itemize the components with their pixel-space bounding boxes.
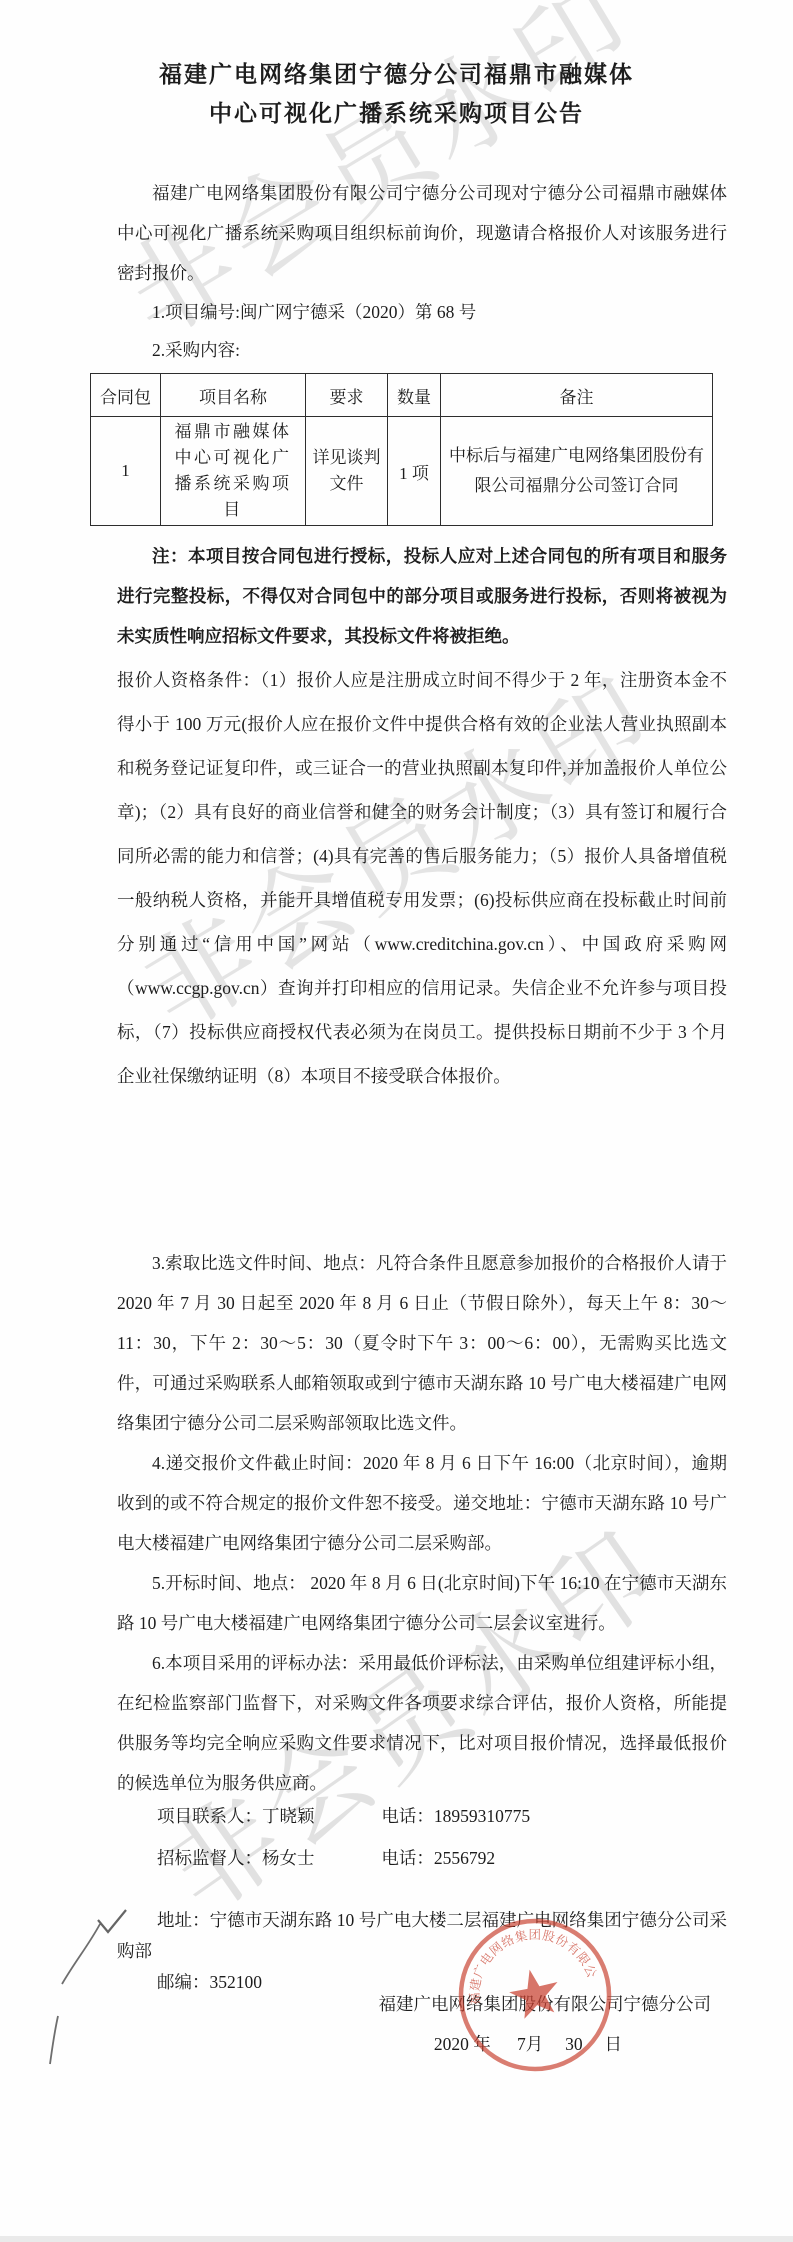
page-title: 福建广电网络集团宁德分公司福鼎市融媒体 中心可视化广播系统采购项目公告	[0, 0, 793, 133]
document-page: 非会员水印 非会员水印 非会员水印 福建广电网络集团宁德分公司福鼎市融媒体 中心…	[0, 0, 793, 2242]
address-line: 地址：宁德市天湖东路 10 号广电大楼二层福建广电网络集团宁德分公司采购部	[117, 1905, 727, 1967]
qualifications-paragraph: 报价人资格条件：（1）报价人应是注册成立时间不得少于 2 年，注册资本金不得小于…	[117, 658, 727, 1098]
item4-paragraph: 4.递交报价文件截止时间：2020 年 8 月 6 日下午 16:00（北京时间…	[117, 1443, 727, 1563]
col-header-require: 要求	[306, 374, 388, 417]
cell-project-name: 福鼎市融媒体中心可视化广播系统采购项目	[161, 417, 306, 526]
scan-bottom-edge	[0, 2236, 793, 2242]
signature-company: 福建广电网络集团股份有限公司宁德分公司	[117, 1991, 727, 2016]
note-paragraph: 注：本项目按合同包进行授标，投标人应对上述合同包的所有项目和服务进行完整投标，不…	[117, 536, 727, 656]
item5-paragraph: 5.开标时间、地点： 2020 年 8 月 6 日(北京时间)下午 16:10 …	[117, 1563, 727, 1643]
intro-paragraph: 福建广电网络集团股份有限公司宁德分公司现对宁德分公司福鼎市融媒体中心可视化广播系…	[117, 173, 727, 293]
contact-row-supervisor: 招标监督人：杨女士 电话：2556792	[117, 1845, 727, 1870]
cell-remark: 中标后与福建广电网络集团股份有限公司福鼎分公司签订合同	[441, 417, 713, 526]
procurement-table: 合同包 项目名称 要求 数量 备注 1 福鼎市融媒体中心可视化广播系统采购项目 …	[90, 373, 713, 526]
supervisor-name: 招标监督人：杨女士	[157, 1845, 377, 1870]
page-title-line1: 福建广电网络集团宁德分公司福鼎市融媒体	[0, 55, 793, 94]
col-header-remark: 备注	[441, 374, 713, 417]
cell-quantity: 1 项	[388, 417, 441, 526]
col-header-quantity: 数量	[388, 374, 441, 417]
postal-code-line: 邮编：352100	[117, 1969, 727, 1994]
col-header-package: 合同包	[91, 374, 161, 417]
col-header-name: 项目名称	[161, 374, 306, 417]
cell-requirement: 详见谈判文件	[306, 417, 388, 526]
cell-package: 1	[91, 417, 161, 526]
signature-date: 2020 年 7月 30 日	[117, 2031, 727, 2056]
table-header-row: 合同包 项目名称 要求 数量 备注	[91, 374, 713, 417]
supervisor-phone: 电话：2556792	[381, 1848, 495, 1868]
item6-paragraph: 6.本项目采用的评标办法：采用最低价评标法，由采购单位组建评标小组，在纪检监察部…	[117, 1643, 727, 1803]
project-number-line: 1.项目编号:闽广网宁德采（2020）第 68 号	[117, 293, 727, 331]
contact-name: 项目联系人：丁晓颖	[157, 1803, 377, 1828]
contact-phone: 电话：18959310775	[381, 1806, 530, 1826]
procurement-content-line: 2.采购内容:	[117, 331, 727, 369]
items-3-to-6: 3.索取比选文件时间、地点：凡符合条件且愿意参加报价的合格报价人请于 2020 …	[117, 1243, 727, 1803]
item3-paragraph: 3.索取比选文件时间、地点：凡符合条件且愿意参加报价的合格报价人请于 2020 …	[117, 1243, 727, 1443]
contact-row-project: 项目联系人：丁晓颖 电话：18959310775	[117, 1803, 727, 1828]
page-title-line2: 中心可视化广播系统采购项目公告	[0, 94, 793, 133]
table-row: 1 福鼎市融媒体中心可视化广播系统采购项目 详见谈判文件 1 项 中标后与福建广…	[91, 417, 713, 526]
